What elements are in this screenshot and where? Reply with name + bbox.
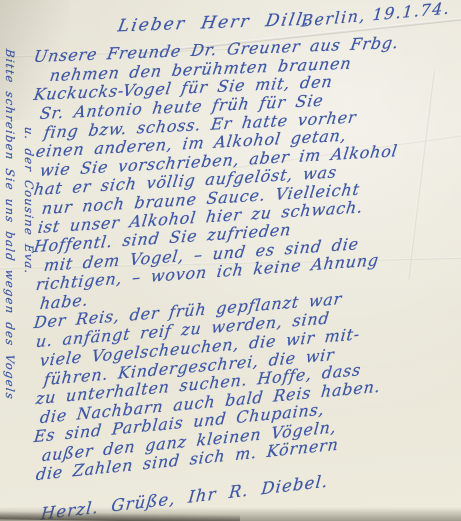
letter-body: Unsere Freunde Dr. Greuner aus Frbg.nehm… — [34, 47, 454, 484]
margin-note-line-1: Bitte schreiben Sie uns bald wegen des V… — [3, 48, 17, 401]
date-line: Berlin, 19.1.74. — [301, 0, 452, 31]
margin-note-line-2: u. der Cousine Eva. — [22, 126, 36, 276]
salutation-line: Lieber Herr Dill. — [116, 10, 313, 37]
letter-page: Berlin, 19.1.74. Lieber Herr Dill. Unser… — [0, 0, 461, 521]
